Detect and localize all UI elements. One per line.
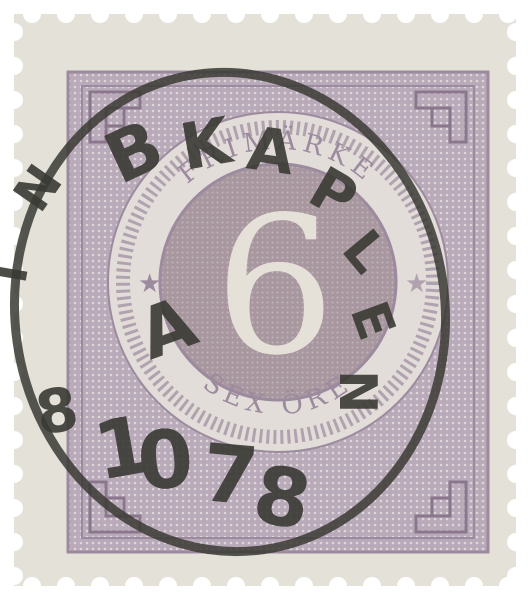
svg-text:0: 0 <box>134 411 198 508</box>
svg-text:N: N <box>327 370 387 414</box>
stamp-photo: ★ ★ FRIMÄRKE SEX ÖRE 6 B K A P L E N N I… <box>0 0 530 600</box>
star-icon: ★ <box>405 269 428 299</box>
